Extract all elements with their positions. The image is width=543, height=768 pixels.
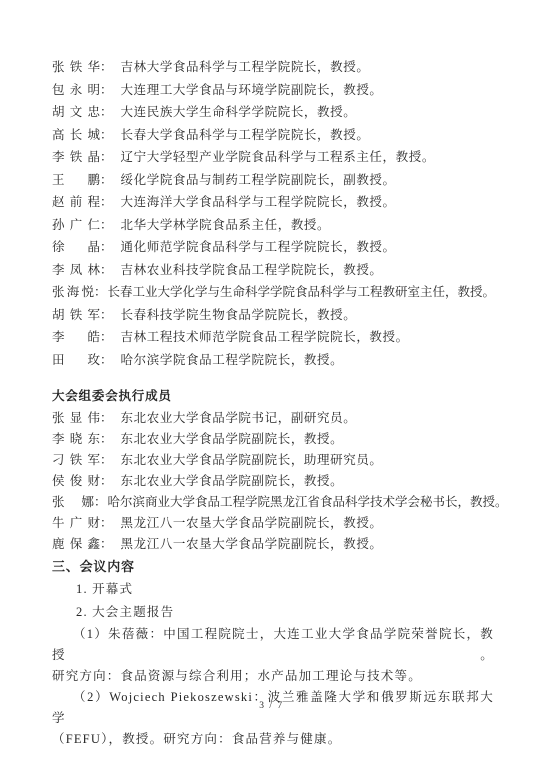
- name-separator: ：: [94, 495, 107, 509]
- member-row: 李凤林：吉林农业科技学院食品工程学院院长，教授。: [52, 259, 494, 282]
- member-description: 东北农业大学食品学院副院长，教授。: [121, 432, 344, 446]
- member-description: 黑龙江八一农垦大学食品学院副院长，教授。: [121, 537, 383, 551]
- member-description: 长春科技学院生物食品学院院长，教授。: [121, 308, 357, 322]
- name-separator: ：: [100, 411, 113, 425]
- member-description: 东北农业大学食品学院书记，副研究员。: [121, 411, 357, 425]
- name-separator: ：: [100, 308, 113, 322]
- member-name: 李铁晶: [52, 146, 100, 169]
- member-row: 高长城：长春大学食品科学与工程学院院长，教授。: [52, 124, 494, 147]
- exec-committee-list: 张显伟：东北农业大学食品学院书记，副研究员。李晓东：东北农业大学食品学院副院长，…: [52, 408, 494, 555]
- member-name: 张显伟: [52, 408, 100, 429]
- member-row: 李铁晶：辽宁大学轻型产业学院食品科学与工程系主任，教授。: [52, 146, 494, 169]
- member-name: 田 玫: [52, 349, 100, 372]
- member-row: 包永明：大连理工大学食品与环境学院副院长，教授。: [52, 79, 494, 102]
- member-description: 长春大学食品科学与工程学院院长，教授。: [121, 128, 370, 142]
- member-description: 哈尔滨学院食品工程学院院长，教授。: [121, 353, 344, 367]
- member-name: 侯俊财: [52, 471, 100, 492]
- member-row: 鹿保鑫：黑龙江八一农垦大学食品学院副院长，教授。: [52, 534, 494, 555]
- name-separator: ：: [100, 330, 113, 344]
- name-separator: ：: [100, 173, 113, 187]
- name-separator: ：: [100, 195, 113, 209]
- agenda-speaker-paragraphs: （1）朱蓓薇：中国工程院院士，大连工业大学食品学院荣誉院长，教授。研究方向：食品…: [52, 624, 494, 750]
- member-name: 赵前程: [52, 191, 100, 214]
- agenda-item: 2. 大会主题报告: [52, 601, 494, 624]
- member-description: 黑龙江八一农垦大学食品学院副院长，教授。: [121, 516, 383, 530]
- member-name: 张铁华: [52, 56, 100, 79]
- member-row: 田 玫：哈尔滨学院食品工程学院院长，教授。: [52, 349, 494, 372]
- member-description: 大连海洋大学食品科学与工程学院院长，教授。: [121, 195, 396, 209]
- speaker-line: （1）朱蓓薇：中国工程院院士，大连工业大学食品学院荣誉院长，教授。: [52, 624, 494, 666]
- name-separator: ：: [100, 218, 113, 232]
- member-name: 胡铁军: [52, 304, 100, 327]
- member-description: 吉林农业科技学院食品工程学院院长，教授。: [121, 263, 383, 277]
- member-row: 赵前程：大连海洋大学食品科学与工程学院院长，教授。: [52, 191, 494, 214]
- committee-member-list: 张铁华：吉林大学食品科学与工程学院院长，教授。包永明：大连理工大学食品与环境学院…: [52, 56, 494, 371]
- name-separator: ：: [100, 128, 113, 142]
- page-number: 3 / 7: [0, 701, 543, 711]
- member-row: 李 皓：吉林工程技术师范学院食品工程学院院长，教授。: [52, 326, 494, 349]
- member-row: 牛广财：黑龙江八一农垦大学食品学院副院长，教授。: [52, 513, 494, 534]
- speaker-paragraph: （2）Wojciech Piekoszewski：波兰雅盖隆大学和俄罗斯远东联邦…: [52, 687, 494, 750]
- member-row: 胡铁军：长春科技学院生物食品学院院长，教授。: [52, 304, 494, 327]
- agenda-section-title: 三、会议内容: [52, 555, 494, 578]
- name-separator: ：: [100, 263, 113, 277]
- document-page: 张铁华：吉林大学食品科学与工程学院院长，教授。包永明：大连理工大学食品与环境学院…: [0, 0, 543, 768]
- name-separator: ：: [100, 105, 113, 119]
- name-separator: ：: [100, 353, 113, 367]
- member-row: 张显伟：东北农业大学食品学院书记，副研究员。: [52, 408, 494, 429]
- member-name: 孙广仁: [52, 214, 100, 237]
- name-separator: ：: [100, 150, 113, 164]
- member-row: 徐 晶：通化师范学院食品科学与工程学院院长，教授。: [52, 236, 494, 259]
- member-row: 胡文忠：大连民族大学生命科学学院院长，教授。: [52, 101, 494, 124]
- member-row: 侯俊财：东北农业大学食品学院副院长，教授。: [52, 471, 494, 492]
- name-separator: ：: [100, 60, 113, 74]
- member-name: 刁铁军: [52, 450, 100, 471]
- agenda-item-list: 1. 开幕式2. 大会主题报告: [52, 578, 494, 624]
- member-row: 李晓东：东北农业大学食品学院副院长，教授。: [52, 429, 494, 450]
- member-row: 张海悦：长春工业大学化学与生命科学学院食品科学与工程教研室主任，教授。: [52, 281, 494, 304]
- member-name: 张 娜: [52, 492, 94, 513]
- member-description: 东北农业大学食品学院副院长，教授。: [121, 474, 344, 488]
- member-name: 李晓东: [52, 429, 100, 450]
- member-description: 长春工业大学化学与生命科学学院食品科学与工程教研室主任，教授。: [108, 285, 496, 299]
- member-row: 孙广仁：北华大学林学院食品系主任，教授。: [52, 214, 494, 237]
- name-separator: ：: [100, 537, 113, 551]
- name-separator: ：: [100, 240, 113, 254]
- member-description: 吉林工程技术师范学院食品工程学院院长，教授。: [121, 330, 409, 344]
- name-separator: ：: [100, 516, 113, 530]
- member-row: 刁铁军：东北农业大学食品学院副院长，助理研究员。: [52, 450, 494, 471]
- member-row: 张 娜：哈尔滨商业大学食品工程学院黑龙江省食品科学技术学会秘书长，教授。: [52, 492, 494, 513]
- member-name: 李凤林: [52, 259, 100, 282]
- member-description: 哈尔滨商业大学食品工程学院黑龙江省食品科学技术学会秘书长，教授。: [108, 495, 508, 509]
- agenda-item: 1. 开幕式: [52, 578, 494, 601]
- member-name: 张海悦: [52, 281, 94, 304]
- name-separator: ：: [100, 432, 113, 446]
- name-separator: ：: [100, 453, 113, 467]
- member-name: 徐 晶: [52, 236, 100, 259]
- name-separator: ：: [100, 474, 113, 488]
- member-name: 高长城: [52, 124, 100, 147]
- member-row: 王 鹏：绥化学院食品与制药工程学院副院长，副教授。: [52, 169, 494, 192]
- speaker-line: 研究方向：食品资源与综合利用；水产品加工理论与技术等。: [52, 666, 494, 687]
- member-name: 胡文忠: [52, 101, 100, 124]
- member-description: 北华大学林学院食品系主任，教授。: [121, 218, 331, 232]
- speaker-line: （FEFU），教授。研究方向：食品营养与健康。: [52, 729, 494, 750]
- member-name: 王 鹏: [52, 169, 100, 192]
- member-name: 牛广财: [52, 513, 100, 534]
- speaker-paragraph: （1）朱蓓薇：中国工程院院士，大连工业大学食品学院荣誉院长，教授。研究方向：食品…: [52, 624, 494, 687]
- member-description: 通化师范学院食品科学与工程学院院长，教授。: [121, 240, 396, 254]
- member-description: 大连理工大学食品与环境学院副院长，教授。: [121, 83, 383, 97]
- member-description: 东北农业大学食品学院副院长，助理研究员。: [121, 453, 383, 467]
- member-name: 鹿保鑫: [52, 534, 100, 555]
- member-name: 李 皓: [52, 326, 100, 349]
- exec-committee-title: 大会组委会执行成员: [52, 385, 494, 408]
- member-description: 绥化学院食品与制药工程学院副院长，副教授。: [121, 173, 396, 187]
- name-separator: ：: [94, 285, 107, 299]
- member-name: 包永明: [52, 79, 100, 102]
- member-description: 吉林大学食品科学与工程学院院长，教授。: [121, 60, 370, 74]
- member-description: 辽宁大学轻型产业学院食品科学与工程系主任，教授。: [121, 150, 435, 164]
- member-description: 大连民族大学生命科学学院院长，教授。: [121, 105, 357, 119]
- member-row: 张铁华：吉林大学食品科学与工程学院院长，教授。: [52, 56, 494, 79]
- name-separator: ：: [100, 83, 113, 97]
